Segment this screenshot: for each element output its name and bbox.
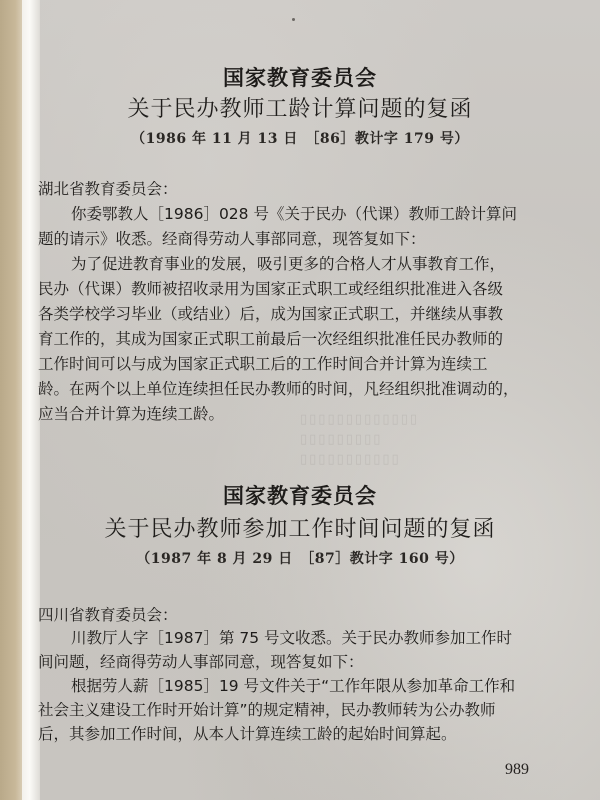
letter-1-line: 育工作的，其成为国家正式职工前最后一次经组织批准任民办教师的 bbox=[38, 327, 503, 352]
letter-1-line: 龄。在两个以上单位连续担任民办教师的时间，凡经组织批准调动的， bbox=[38, 377, 519, 402]
letter-1-recipient: 湖北省教育委员会： bbox=[38, 177, 178, 202]
letter-1-line: 你委鄂教人［1986］028 号《关于民办（代课）教师工龄计算问 bbox=[71, 202, 517, 227]
page-number: 989 bbox=[505, 761, 529, 779]
letter-2-line: 根据劳人薪［1985］19 号文件关于“工作年限从参加革命工作和 bbox=[71, 674, 515, 699]
letter-1-reference: （1986 年 11 月 13 日 ［86］教计字 179 号） bbox=[0, 128, 600, 148]
letter-1-line: 应当合并计算为连续工龄。 bbox=[38, 402, 224, 427]
letter-1-line: 题的请示》收悉。经商得劳动人事部同意，现答复如下： bbox=[38, 227, 426, 252]
letter-1-title: 关于民办教师工龄计算问题的复函 bbox=[0, 92, 600, 123]
letter-1-line: 各类学校学习毕业（或结业）后，成为国家正式职工，并继续从事教 bbox=[38, 302, 503, 327]
letter-1-organization: 国家教育委员会 bbox=[0, 62, 600, 92]
letter-2-line: 社会主义建设工作时开始计算”的规定精神，民办教师转为公办教师 bbox=[38, 698, 496, 723]
ink-speck bbox=[292, 18, 295, 21]
letter-2-organization: 国家教育委员会 bbox=[0, 480, 600, 510]
letter-1-line: 工作时间可以与成为国家正式职工后的工作时间合并计算为连续工 bbox=[38, 352, 488, 377]
letter-2-title: 关于民办教师参加工作时间问题的复函 bbox=[0, 512, 600, 543]
letter-2-line: 川教厅人字［1987］第 75 号文收悉。关于民办教师参加工作时 bbox=[71, 626, 512, 651]
letter-2-recipient: 四川省教育委员会： bbox=[38, 603, 178, 628]
letter-2-reference: （1987 年 8 月 29 日 ［87］教计字 160 号） bbox=[0, 548, 600, 568]
letter-1-line: 为了促进教育事业的发展，吸引更多的合格人才从事教育工作， bbox=[71, 252, 505, 277]
letter-2-line: 间问题，经商得劳动人事部同意，现答复如下： bbox=[38, 650, 364, 675]
letter-2-line: 后，其参加工作时间，从本人计算连续工龄的起始时间算起。 bbox=[38, 722, 457, 747]
letter-1-line: 民办（代课）教师被招收录用为国家正式职工或经组织批准进入各级 bbox=[38, 277, 503, 302]
